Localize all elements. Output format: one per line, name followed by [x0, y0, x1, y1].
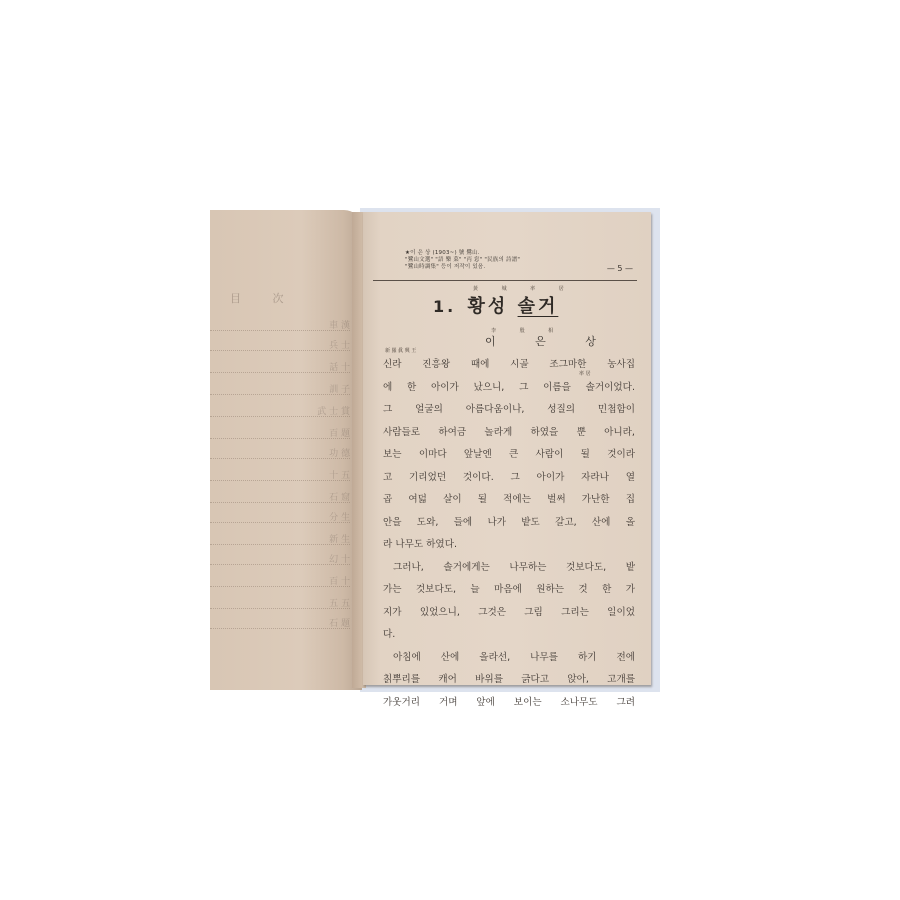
text-line: 그러나, 솔거에게는 나무하는 것보다도, 밭 [383, 557, 635, 580]
show-through-entry: 五 五 [210, 600, 350, 609]
show-through-entry: 車 漢 [210, 322, 350, 331]
text-line: 가웃거리 거며 앞에 보이는 소나무도 그려 [383, 692, 635, 715]
body-text: 신라 진흥왕 때에 시골 조그마한 농사집 에 한 아이가 났으니, 그 이름을… [383, 354, 635, 714]
show-through-entry: 百 十 [210, 578, 350, 587]
show-through-entry: 話 十 [210, 364, 350, 373]
text-line: 고 기리었던 것이다. 그 아이가 자라나 열 [383, 467, 635, 490]
show-through-heading: 目 次 [230, 290, 298, 306]
title-word: 황성 [468, 296, 509, 317]
show-through-entry: 武 士 賞 [210, 408, 350, 417]
text-line: 보는 이마다 앞날엔 큰 사람이 될 것이라 [383, 444, 635, 467]
text-line: 안을 도와, 들에 나가 밭도 갈고, 산에 올 [383, 512, 635, 535]
footnote-line: "鷺山時調集" 등이 저작이 있음. [405, 264, 595, 271]
text-line: 에 한 아이가 났으니, 그 이름을 솔거이었다. [383, 377, 635, 400]
body-ruby: 新 羅 眞 興 王 [385, 347, 416, 354]
author-footnote: ★이 은 상 (1903~) 號 鷺山. "鷺山文選" "語 樂 菜" "丙 窓… [405, 250, 595, 271]
author-name: 이 은 상 [485, 333, 614, 349]
left-page: 目 次 車 漢 兵 士 話 十 訓 子 武 士 賞 百 題 功 德 十 五 石 … [210, 210, 362, 690]
title-word-underlined: 솔거 [518, 296, 559, 317]
text-line: 라 나무도 하였다. [383, 534, 635, 557]
page-number: — 5 — [607, 264, 633, 273]
text-line: 사람들로 하여금 놀라게 하였을 뿐 아니라, [383, 422, 635, 445]
show-through-entry: 分 生 [210, 514, 350, 523]
show-through-entry: 幻 十 [210, 556, 350, 565]
text-line: 가는 것보다도, 늘 마음에 원하는 것 한 가 [383, 579, 635, 602]
chapter-title: 1. 황성 솔거 [433, 292, 558, 318]
show-through-entry: 十 五 [210, 472, 350, 481]
header-rule [373, 280, 637, 281]
text-line: 그 얼굴의 아름다움이나, 성질의 민첩함이 [383, 399, 635, 422]
text-line: 지가 있었으니, 그것은 그림 그리는 일이었 [383, 602, 635, 625]
show-through-entry: 石 題 [210, 620, 350, 629]
text-line: 곱 여덟 살이 될 적에는 벌써 가난한 집 [383, 489, 635, 512]
show-through-entry: 功 德 [210, 450, 350, 459]
footnote-line: ★이 은 상 (1903~) 號 鷺山. [405, 250, 595, 257]
right-page: ★이 은 상 (1903~) 號 鷺山. "鷺山文選" "語 樂 菜" "丙 窓… [363, 212, 651, 685]
show-through-entry: 百 題 [210, 430, 350, 439]
text-line: 신라 진흥왕 때에 시골 조그마한 농사집 [383, 354, 635, 377]
show-through-entry: 訓 子 [210, 386, 350, 395]
text-line: 칡뿌리를 캐어 바위를 긁다고 앉아, 고개를 [383, 669, 635, 692]
text-line: 아침에 산에 올라선, 나무를 하기 전에 [383, 647, 635, 670]
title-ruby: 黃 城 率 居 [473, 285, 566, 292]
show-through-entry: 新 生 [210, 536, 350, 545]
chapter-number: 1. [433, 297, 456, 316]
show-through-entry: 兵 士 [210, 342, 350, 351]
footnote-line: "鷺山文選" "語 樂 菜" "丙 窓" "民族의 詩譜" [405, 257, 595, 264]
show-through-entry: 石 窟 [210, 494, 350, 503]
text-line: 다. [383, 624, 635, 647]
